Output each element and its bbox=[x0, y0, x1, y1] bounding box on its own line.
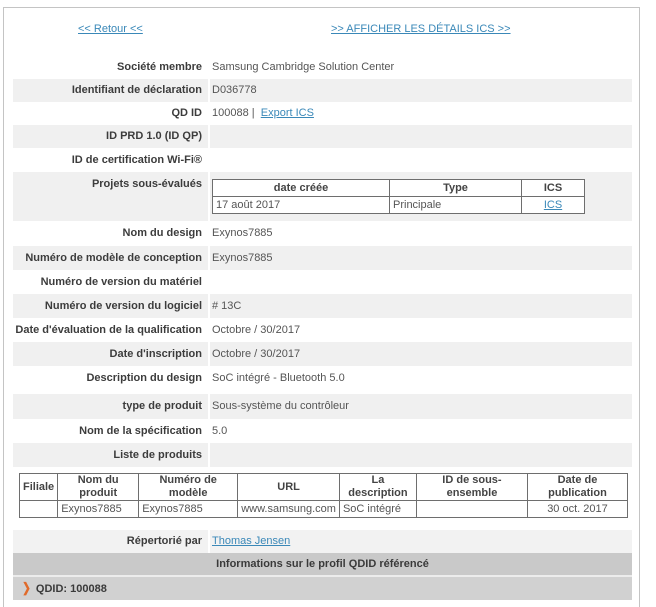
value-spec-name: 5.0 bbox=[212, 419, 227, 443]
cell-description: SoC intégré bbox=[339, 501, 416, 518]
header-subsidiary: Filiale bbox=[20, 474, 58, 501]
value-listing-date: Octobre / 30/2017 bbox=[212, 342, 300, 366]
header-product-name: Nom du produit bbox=[58, 474, 139, 501]
listed-by-link[interactable]: Thomas Jensen bbox=[212, 535, 290, 547]
value-design-model-number: Exynos7885 bbox=[212, 246, 273, 270]
label-qualification-date: Date d'évaluation de la qualification bbox=[13, 318, 202, 342]
cell-publish-date: 30 oct. 2017 bbox=[527, 501, 627, 518]
value-member-company: Samsung Cambridge Solution Center bbox=[212, 55, 394, 79]
column-divider bbox=[208, 172, 210, 221]
row-listed-by: Répertorié par Thomas Jensen bbox=[13, 530, 632, 553]
products-header-row: Filiale Nom du produit Numéro de modèle … bbox=[20, 474, 628, 501]
value-listed-by: Thomas Jensen bbox=[212, 530, 290, 553]
products-container: Filiale Nom du produit Numéro de modèle … bbox=[13, 467, 632, 530]
cell-model-number: Exynos7885 bbox=[139, 501, 238, 518]
value-design-name: Exynos7885 bbox=[212, 221, 273, 246]
value-product-type: Sous-système du contrôleur bbox=[212, 394, 349, 419]
column-divider bbox=[208, 125, 210, 148]
label-qd-id: QD ID bbox=[13, 102, 202, 125]
row-prd-id: ID PRD 1.0 (ID QP) bbox=[13, 125, 632, 148]
show-ics-details-link[interactable]: >> AFFICHER LES DÉTAILS ICS >> bbox=[331, 23, 511, 35]
row-wifi-cert-id: ID de certification Wi-Fi® bbox=[13, 148, 632, 172]
label-declaration-id: Identifiant de déclaration bbox=[13, 79, 202, 102]
row-design-description: Description du design SoC intégré - Blue… bbox=[13, 366, 632, 394]
label-product-list: Liste de produits bbox=[13, 443, 202, 467]
row-qualification-date: Date d'évaluation de la qualification Oc… bbox=[13, 318, 632, 342]
header-type: Type bbox=[390, 180, 522, 197]
header-date-created: date créée bbox=[213, 180, 390, 197]
table-row: Exynos7885 Exynos7885 www.samsung.com So… bbox=[20, 501, 628, 518]
export-ics-link[interactable]: Export ICS bbox=[261, 107, 314, 119]
label-listed-by: Répertorié par bbox=[13, 530, 202, 553]
value-qualification-date: Octobre / 30/2017 bbox=[212, 318, 300, 342]
cell-type: Principale bbox=[390, 197, 522, 214]
cell-product-name: Exynos7885 bbox=[58, 501, 139, 518]
label-listing-date: Date d'inscription bbox=[13, 342, 202, 366]
cell-date-created: 17 août 2017 bbox=[213, 197, 390, 214]
cell-url: www.samsung.com bbox=[238, 501, 340, 518]
qdid-expander[interactable]: ❯QDID: 100088 bbox=[13, 577, 632, 600]
header-url: URL bbox=[238, 474, 340, 501]
column-divider bbox=[208, 342, 210, 366]
referenced-profile-header: Informations sur le profil QDID référenc… bbox=[13, 553, 632, 577]
label-design-model-number: Numéro de modèle de conception bbox=[13, 246, 202, 270]
header-model-number: Numéro de modèle bbox=[139, 474, 238, 501]
row-product-type: type de produit Sous-système du contrôle… bbox=[13, 394, 632, 419]
row-listing-date: Date d'inscription Octobre / 30/2017 bbox=[13, 342, 632, 366]
column-divider bbox=[208, 530, 210, 553]
row-sub-projects: Projets sous-évalués date créée Type ICS… bbox=[13, 172, 632, 221]
label-design-name: Nom du design bbox=[13, 221, 202, 246]
value-design-description: SoC intégré - Bluetooth 5.0 bbox=[212, 366, 345, 390]
row-member-company: Société membre Samsung Cambridge Solutio… bbox=[13, 55, 632, 79]
value-qd-id: 100088 | Export ICS bbox=[212, 102, 314, 125]
label-design-description: Description du design bbox=[13, 366, 202, 390]
column-divider bbox=[208, 246, 210, 270]
label-hardware-version: Numéro de version du matériel bbox=[13, 270, 202, 294]
column-divider bbox=[208, 79, 210, 102]
row-design-model-number: Numéro de modèle de conception Exynos788… bbox=[13, 246, 632, 270]
row-product-list: Liste de produits bbox=[13, 443, 632, 467]
row-spec-name: Nom de la spécification 5.0 bbox=[13, 419, 632, 443]
header-ics: ICS bbox=[522, 180, 585, 197]
column-divider bbox=[208, 394, 210, 419]
row-declaration-id: Identifiant de déclaration D036778 bbox=[13, 79, 632, 102]
header-description: La description bbox=[339, 474, 416, 501]
qdid-label: QDID: 100088 bbox=[36, 583, 107, 595]
top-navigation: << Retour << >> AFFICHER LES DÉTAILS ICS… bbox=[0, 23, 656, 37]
header-subset-id: ID de sous-ensemble bbox=[416, 474, 527, 501]
value-software-version: # 13C bbox=[212, 294, 241, 318]
header-publish-date: Date de publication bbox=[527, 474, 627, 501]
label-prd-id: ID PRD 1.0 (ID QP) bbox=[13, 125, 202, 148]
label-software-version: Numéro de version du logiciel bbox=[13, 294, 202, 318]
qd-id-number: 100088 | bbox=[212, 107, 255, 119]
cell-subsidiary bbox=[20, 501, 58, 518]
row-qd-id: QD ID 100088 | Export ICS bbox=[13, 102, 632, 125]
sub-projects-table: date créée Type ICS 17 août 2017 Princip… bbox=[212, 179, 585, 214]
chevron-right-icon: ❯ bbox=[22, 577, 31, 599]
column-divider bbox=[208, 294, 210, 318]
row-design-name: Nom du design Exynos7885 bbox=[13, 221, 632, 246]
table-row: 17 août 2017 Principale ICS bbox=[213, 197, 585, 214]
label-product-type: type de produit bbox=[13, 394, 202, 419]
label-member-company: Société membre bbox=[13, 55, 202, 79]
label-spec-name: Nom de la spécification bbox=[13, 419, 202, 443]
row-hardware-version: Numéro de version du matériel bbox=[13, 270, 632, 294]
products-table: Filiale Nom du produit Numéro de modèle … bbox=[19, 473, 628, 518]
column-divider bbox=[208, 443, 210, 467]
cell-ics: ICS bbox=[522, 197, 585, 214]
label-sub-projects: Projets sous-évalués bbox=[13, 177, 202, 191]
value-declaration-id: D036778 bbox=[212, 79, 257, 102]
back-link[interactable]: << Retour << bbox=[78, 23, 143, 35]
cell-subset-id bbox=[416, 501, 527, 518]
sub-projects-header-row: date créée Type ICS bbox=[213, 180, 585, 197]
ics-link[interactable]: ICS bbox=[544, 199, 562, 211]
label-wifi-cert-id: ID de certification Wi-Fi® bbox=[13, 148, 202, 172]
row-software-version: Numéro de version du logiciel # 13C bbox=[13, 294, 632, 318]
